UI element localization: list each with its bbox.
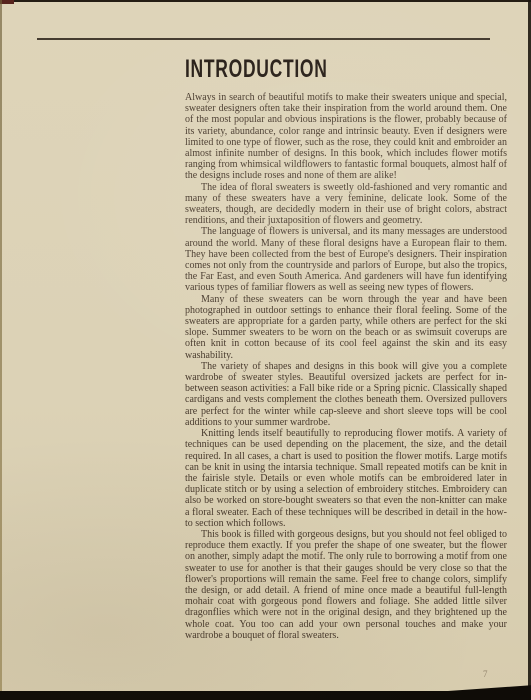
paragraph: The language of flowers is universal, an… bbox=[185, 226, 507, 293]
paragraph: Many of these sweaters can be worn throu… bbox=[185, 294, 507, 361]
paragraph: The variety of shapes and designs in thi… bbox=[185, 361, 507, 428]
page-edge-top bbox=[0, 0, 531, 2]
paragraph: Knitting lends itself beautifully to rep… bbox=[185, 428, 507, 529]
paragraph: Always in search of beautiful motifs to … bbox=[185, 92, 507, 182]
page-title: INTRODUCTION bbox=[185, 55, 328, 84]
page-number: 7 bbox=[483, 669, 488, 679]
page-edge-bottom bbox=[0, 691, 531, 700]
cover-accent bbox=[0, 0, 14, 4]
header-rule bbox=[37, 38, 490, 40]
body-text: Always in search of beautiful motifs to … bbox=[185, 92, 507, 641]
paragraph: The idea of floral sweaters is sweetly o… bbox=[185, 182, 507, 227]
page-edge-left bbox=[0, 0, 2, 700]
paragraph: This book is filled with gorgeous design… bbox=[185, 529, 507, 641]
book-page: INTRODUCTION Always in search of beautif… bbox=[0, 0, 531, 700]
